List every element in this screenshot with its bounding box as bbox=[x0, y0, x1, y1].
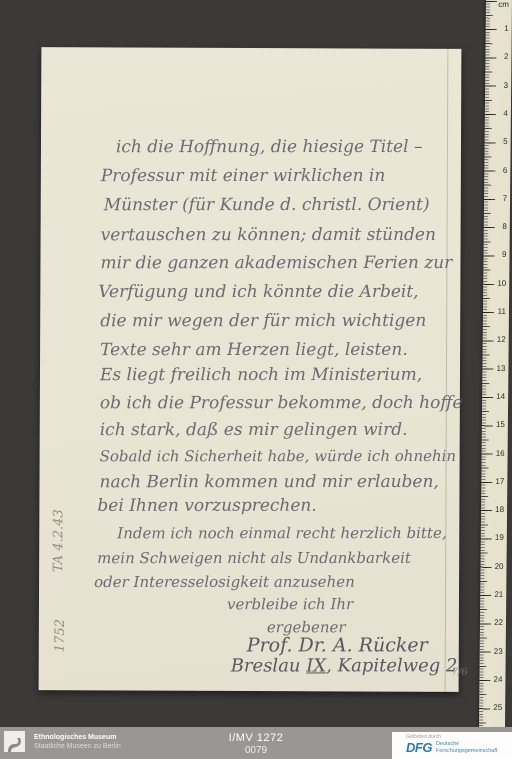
ruler-unit-label: cm bbox=[498, 0, 509, 9]
ruler-number: 7 bbox=[503, 195, 508, 203]
letter-line: Sobald ich Sicherheit habe, würde ich oh… bbox=[100, 445, 457, 467]
ruler-number: 18 bbox=[495, 506, 504, 514]
letter-line: Indem ich noch einmal recht herzlich bit… bbox=[117, 522, 446, 544]
dfg-name: Deutsche Forschungsgemeinschaft bbox=[436, 741, 497, 754]
margin-note-upper: TA 4.2.43 bbox=[51, 509, 66, 572]
letter-line: bei Ihnen vorzusprechen. bbox=[97, 495, 316, 517]
corner-note: 7/6 bbox=[452, 667, 468, 678]
letter-line: mir die ganzen akademischen Ferien zur bbox=[100, 252, 452, 274]
ruler-number: 1 bbox=[504, 25, 509, 33]
letter-closing: verbleibe ich Ihr bbox=[227, 593, 353, 615]
ruler-number: 13 bbox=[496, 364, 505, 372]
ruler-number: 4 bbox=[503, 110, 508, 118]
ruler-number: 16 bbox=[496, 449, 505, 457]
ruler-number: 8 bbox=[502, 223, 507, 231]
signature-address: Breslau IX, Kapitelweg 2 bbox=[231, 655, 458, 677]
ruler-number: 12 bbox=[497, 336, 506, 344]
dfg-logo: DFG bbox=[406, 741, 432, 754]
letter-line: vertauschen zu können; damit stünden bbox=[101, 224, 436, 246]
ruler-number: 17 bbox=[495, 478, 504, 486]
letter-line: Verfügung und ich könnte die Arbeit, bbox=[98, 281, 418, 303]
letter-scan: ich die Hoffnung, die hiesige Titel – Pr… bbox=[39, 47, 462, 692]
ruler-number: 20 bbox=[495, 563, 504, 571]
paper-fold-line bbox=[445, 49, 449, 692]
ruler-number: 24 bbox=[494, 676, 503, 684]
ruler-number: 11 bbox=[498, 308, 506, 316]
letter-line: ich die Hoffnung, die hiesige Titel – bbox=[116, 136, 423, 158]
signature: Prof. Dr. A. Rücker bbox=[247, 634, 428, 656]
ruler: cm 1234567891011121314151617181920212223… bbox=[479, 0, 512, 735]
dfg-label: Gefördert durch DFG Deutsche Forschungsg… bbox=[392, 732, 512, 759]
ruler-number: 9 bbox=[502, 251, 507, 259]
letter-line: ich stark, daß es mir gelingen wird. bbox=[100, 419, 408, 441]
ruler-number: 2 bbox=[504, 53, 509, 61]
letter-line: nach Berlin kommen und mir erlauben, bbox=[99, 471, 438, 493]
ruler-number: 6 bbox=[503, 166, 508, 174]
footer-bar: Ethnologisches Museum Staatliche Museen … bbox=[0, 727, 512, 759]
letter-line: Es liegt freilich noch im Ministerium, bbox=[100, 364, 422, 386]
letter-line: mein Schweigen nicht als Undankbarkeit bbox=[97, 547, 411, 569]
letter-line: Texte sehr am Herzen liegt, leisten. bbox=[100, 339, 408, 361]
ruler-number: 15 bbox=[496, 421, 505, 429]
letter-line: Münster (für Kunde d. christl. Orient) bbox=[104, 194, 430, 216]
ruler-number: 25 bbox=[493, 704, 502, 712]
ruler-number: 14 bbox=[496, 393, 505, 401]
ruler-number: 10 bbox=[497, 280, 506, 288]
ruler-number: 23 bbox=[494, 647, 503, 655]
margin-note-lower: 1752 bbox=[53, 619, 68, 652]
letter-line: Professur mit einer wirklichen in bbox=[101, 165, 385, 187]
ruler-number: 3 bbox=[504, 82, 509, 90]
letter-line: ob ich die Professur bekomme, doch hoffe bbox=[100, 392, 463, 414]
ruler-number: 5 bbox=[503, 138, 508, 146]
ruler-number: 21 bbox=[494, 591, 503, 599]
letter-line: die mir wegen der für mich wichtigen bbox=[100, 310, 426, 332]
ruler-number: 22 bbox=[494, 619, 503, 627]
letter-line: oder Interesselosigkeit anzusehen bbox=[94, 571, 355, 593]
ruler-number: 19 bbox=[495, 534, 504, 542]
